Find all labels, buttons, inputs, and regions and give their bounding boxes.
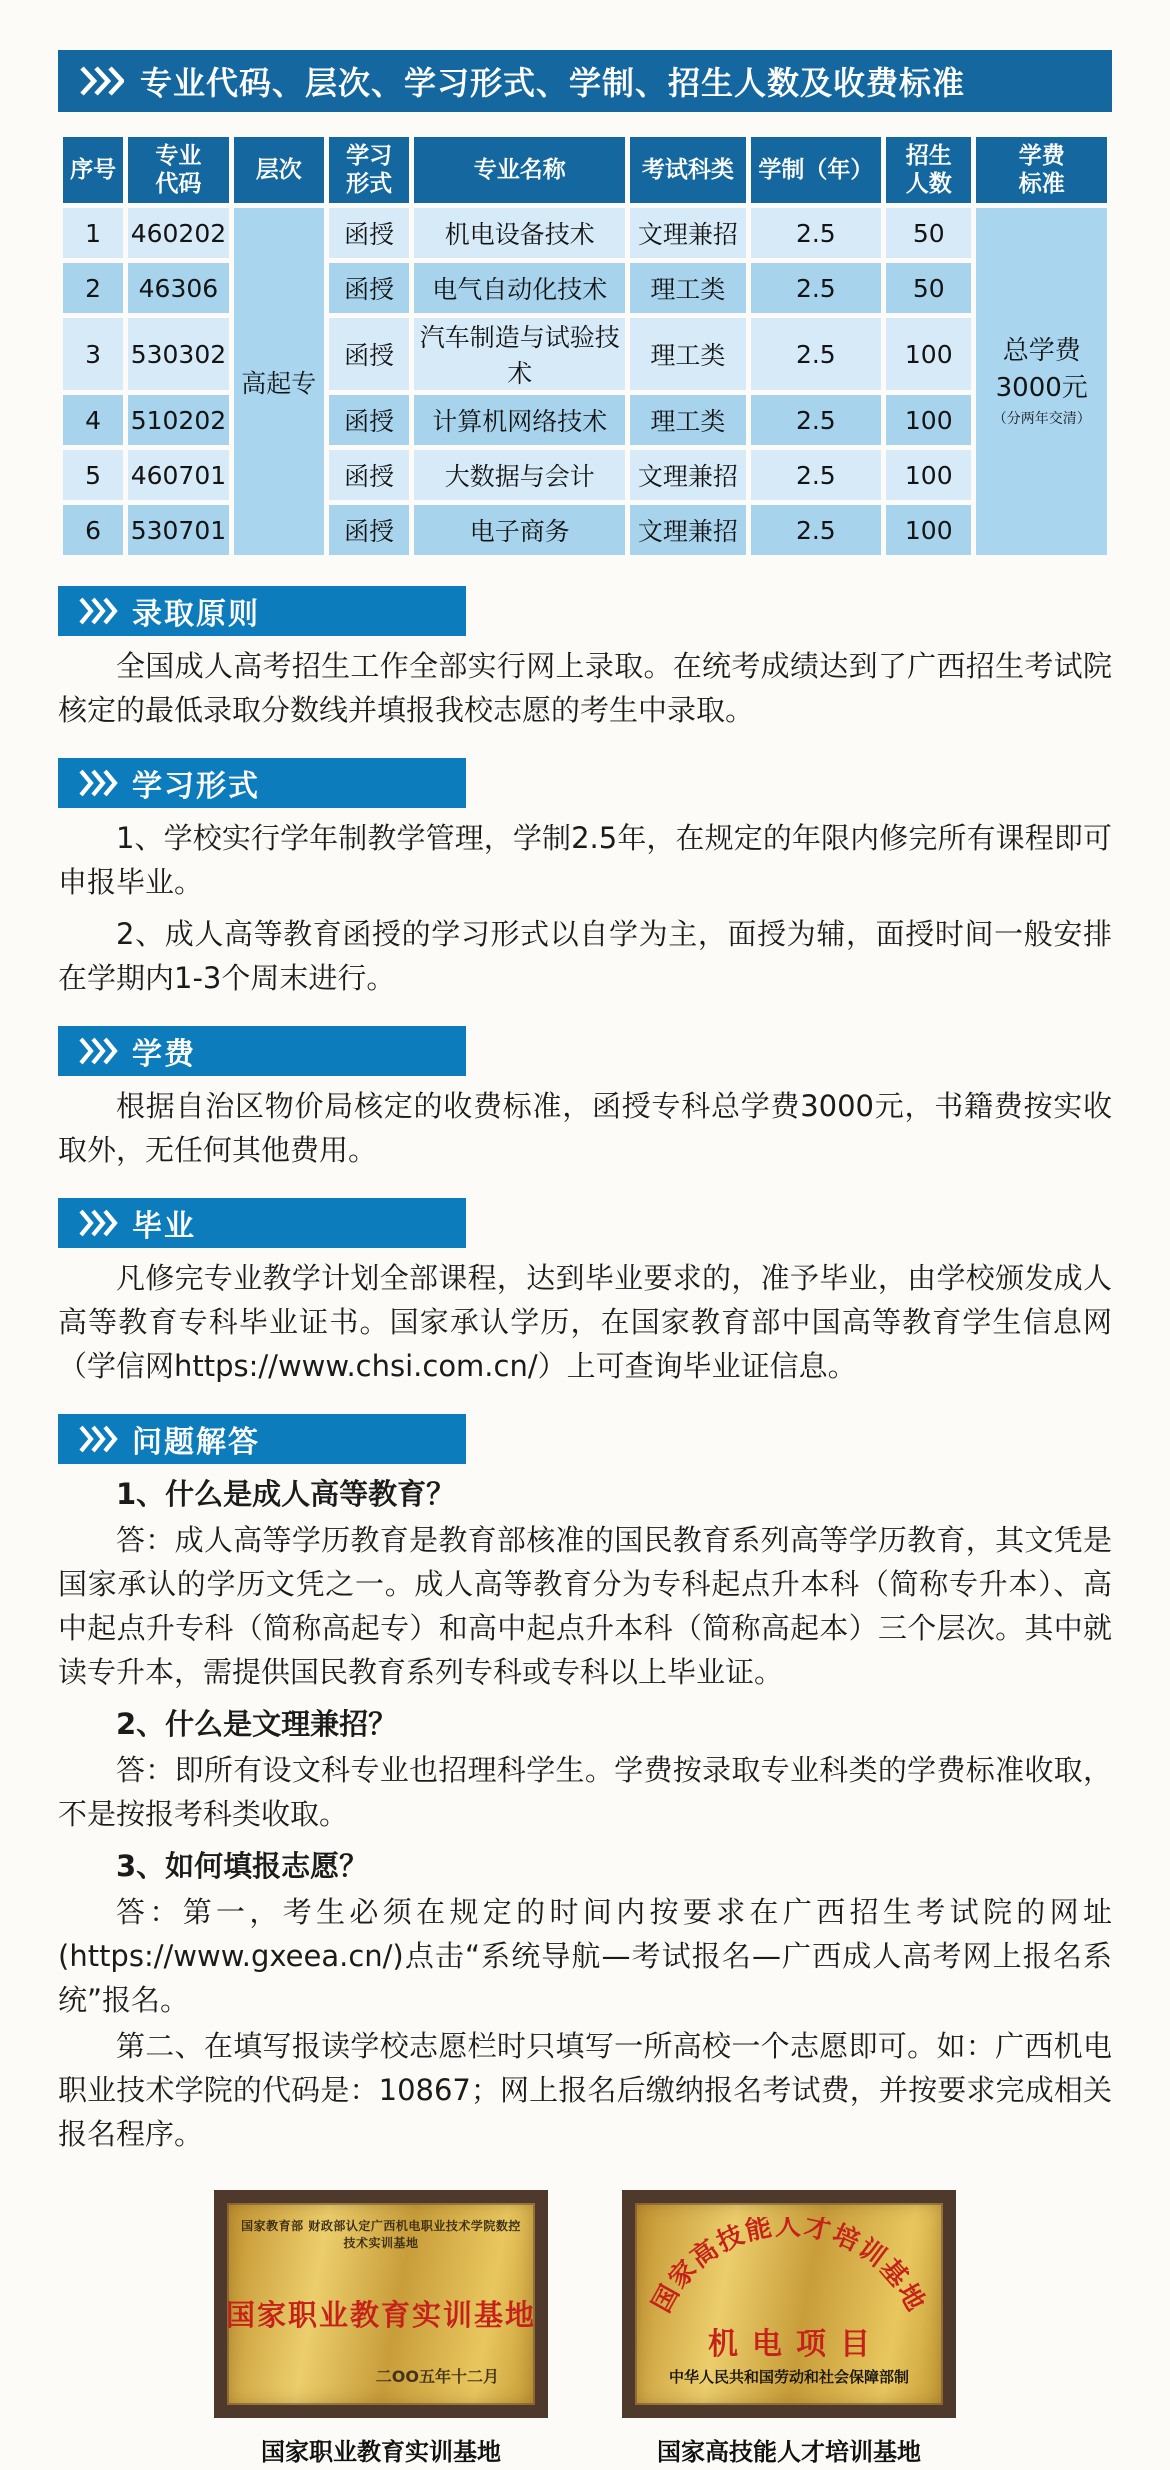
tuition-line-2: 3000元 [976, 370, 1107, 408]
cell-quota: 100 [886, 505, 971, 555]
column-header-code: 专业 代码 [128, 137, 228, 203]
tuition-line-3: （分两年交清） [976, 408, 1107, 430]
cell-no: 2 [63, 263, 123, 313]
cell-major: 计算机网络技术 [414, 395, 625, 445]
table-row: 5460701函授大数据与会计文理兼招2.5100 [63, 450, 1107, 500]
section-title: 录取原则 [132, 589, 260, 633]
qa-answer: 答：成人高等学历教育是教育部核准的国民教育系列高等学历教育，其文凭是国家承认的学… [58, 1518, 1112, 1694]
cell-no: 1 [63, 208, 123, 258]
section-admission: 录取原则 全国成人高考招生工作全部实行网上录取。在统考成绩达到了广西招生考试院核… [58, 586, 1112, 732]
cell-years: 2.5 [751, 263, 882, 313]
cell-form: 函授 [329, 318, 409, 390]
table-row: 4510202函授计算机网络技术理工类2.5100 [63, 395, 1107, 445]
cell-tuition-span: 总学费3000元（分两年交清） [976, 208, 1107, 555]
plaque-right-caption: 国家高技能人才培训基地 [657, 2432, 921, 2467]
cell-form: 函授 [329, 450, 409, 500]
paragraph: 1、学校实行学年制教学管理，学制2.5年，在规定的年限内修完所有课程即可申报毕业… [58, 816, 1112, 904]
paragraph: 2、成人高等教育函授的学习形式以自学为主，面授为辅，面授时间一般安排在学期内1-… [58, 912, 1112, 1000]
section-bar-tuition: 学费 [58, 1026, 466, 1076]
cell-category: 文理兼招 [630, 450, 745, 500]
column-header-major: 专业名称 [414, 137, 625, 203]
qa-question: 1、什么是成人高等教育？ [58, 1472, 1112, 1516]
cell-quota: 50 [886, 208, 971, 258]
column-header-form: 学习 形式 [329, 137, 409, 203]
section-bar-study-form: 学习形式 [58, 758, 466, 808]
section-title: 学费 [132, 1029, 196, 1073]
table-row: 1460202高起专函授机电设备技术文理兼招2.550总学费3000元（分两年交… [63, 208, 1107, 258]
plaque-right-bottom-text: 中华人民共和国劳动和社会保障部制 [669, 2366, 909, 2387]
cell-form: 函授 [329, 263, 409, 313]
cell-code: 530302 [128, 318, 228, 390]
cell-code: 46306 [128, 263, 228, 313]
cell-code: 460202 [128, 208, 228, 258]
paragraph: 全国成人高考招生工作全部实行网上录取。在统考成绩达到了广西招生考试院核定的最低录… [58, 644, 1112, 732]
tuition-line-1: 总学费 [976, 333, 1107, 371]
cell-years: 2.5 [751, 208, 882, 258]
plaque-right-main-text: 机电项目 [694, 2319, 884, 2363]
column-header-no: 序号 [63, 137, 123, 203]
table-row: 3530302函授汽车制造与试验技术理工类2.5100 [63, 318, 1107, 390]
section-qa: 问题解答 1、什么是成人高等教育？答：成人高等学历教育是教育部核准的国民教育系列… [58, 1414, 1112, 2156]
table-row: 6530701函授电子商务文理兼招2.5100 [63, 505, 1107, 555]
qa-items: 1、什么是成人高等教育？答：成人高等学历教育是教育部核准的国民教育系列高等学历教… [58, 1472, 1112, 2156]
plaque-left-date: 二OO五年十二月 [376, 2364, 499, 2387]
cell-level-span: 高起专 [234, 208, 324, 555]
cell-years: 2.5 [751, 395, 882, 445]
cell-code: 460701 [128, 450, 228, 500]
cell-quota: 50 [886, 263, 971, 313]
plaque-right-arc-text: 国家高技能人才培训基地 [639, 2217, 939, 2325]
cell-category: 文理兼招 [630, 505, 745, 555]
section-bar-qa: 问题解答 [58, 1414, 466, 1464]
table-header-row: 序号 专业 代码 层次 学习 形式 专业名称 考试科类 学制（年） 招生 人数 … [63, 137, 1107, 203]
cell-major: 电子商务 [414, 505, 625, 555]
qa-answer: 第二、在填写报读学校志愿栏时只填写一所高校一个志愿即可。如：广西机电职业技术学院… [58, 2024, 1112, 2156]
qa-answer: 答：第一，考生必须在规定的时间内按要求在广西招生考试院的网址(https://w… [58, 1890, 1112, 2022]
section-study-form: 学习形式 1、学校实行学年制教学管理，学制2.5年，在规定的年限内修完所有课程即… [58, 758, 1112, 1000]
section-bar-admission: 录取原则 [58, 586, 466, 636]
table-row: 246306函授电气自动化技术理工类2.550 [63, 263, 1107, 313]
cell-major: 汽车制造与试验技术 [414, 318, 625, 390]
cell-form: 函授 [329, 395, 409, 445]
cell-code: 510202 [128, 395, 228, 445]
page: 专业代码、层次、学习形式、学制、招生人数及收费标准 序号 专业 代码 层次 学习… [0, 0, 1170, 2467]
cell-major: 电气自动化技术 [414, 263, 625, 313]
section-tuition: 学费 根据自治区物价局核定的收费标准，函授专科总学费3000元，书籍费按实收取外… [58, 1026, 1112, 1172]
column-header-tuition: 学费 标准 [976, 137, 1107, 203]
cell-category: 理工类 [630, 395, 745, 445]
cell-form: 函授 [329, 208, 409, 258]
cell-no: 5 [63, 450, 123, 500]
qa-question: 2、什么是文理兼招？ [58, 1702, 1112, 1746]
cell-major: 机电设备技术 [414, 208, 625, 258]
cell-category: 理工类 [630, 263, 745, 313]
cell-years: 2.5 [751, 505, 882, 555]
triple-chevron-icon [78, 1037, 118, 1065]
plaque-left-top-text: 国家教育部 财政部认定广西机电职业技术学院数控技术实训基地 [237, 2217, 525, 2251]
cell-quota: 100 [886, 318, 971, 390]
plaque-left-image: 国家教育部 财政部认定广西机电职业技术学院数控技术实训基地 国家职业教育实训基地… [214, 2190, 548, 2418]
plaque-left-block: 国家教育部 财政部认定广西机电职业技术学院数控技术实训基地 国家职业教育实训基地… [214, 2190, 548, 2467]
qa-answer: 答：即所有设文科专业也招理科学生。学费按录取专业科类的学费标准收取，不是按报考科… [58, 1748, 1112, 1836]
section-graduation: 毕业 凡修完专业教学计划全部课程，达到毕业要求的，准予毕业，由学校颁发成人高等教… [58, 1198, 1112, 1388]
triple-chevron-icon [78, 1209, 118, 1237]
cell-years: 2.5 [751, 450, 882, 500]
cell-no: 3 [63, 318, 123, 390]
column-header-level: 层次 [234, 137, 324, 203]
page-title: 专业代码、层次、学习形式、学制、招生人数及收费标准 [140, 58, 965, 104]
qa-question: 3、如何填报志愿？ [58, 1844, 1112, 1888]
cell-form: 函授 [329, 505, 409, 555]
plaque-right-image: 国家高技能人才培训基地 机电项目 中华人民共和国劳动和社会保障部制 [622, 2190, 956, 2418]
section-title: 学习形式 [132, 761, 260, 805]
section-title: 问题解答 [132, 1417, 260, 1461]
cell-quota: 100 [886, 395, 971, 445]
cell-quota: 100 [886, 450, 971, 500]
cell-code: 530701 [128, 505, 228, 555]
paragraph: 凡修完专业教学计划全部课程，达到毕业要求的，准予毕业，由学校颁发成人高等教育专科… [58, 1256, 1112, 1388]
paragraph: 根据自治区物价局核定的收费标准，函授专科总学费3000元，书籍费按实收取外，无任… [58, 1084, 1112, 1172]
triple-chevron-icon [78, 769, 118, 797]
plaque-left-caption: 国家职业教育实训基地 [261, 2432, 501, 2467]
enrollment-table: 序号 专业 代码 层次 学习 形式 专业名称 考试科类 学制（年） 招生 人数 … [58, 132, 1112, 560]
cell-category: 文理兼招 [630, 208, 745, 258]
cell-category: 理工类 [630, 318, 745, 390]
section-title: 毕业 [132, 1201, 196, 1245]
cell-years: 2.5 [751, 318, 882, 390]
triple-chevron-icon [78, 1425, 118, 1453]
triple-chevron-icon [78, 597, 118, 625]
column-header-category: 考试科类 [630, 137, 745, 203]
plaque-left-main-text: 国家职业教育实训基地 [226, 2293, 536, 2334]
main-title-bar: 专业代码、层次、学习形式、学制、招生人数及收费标准 [58, 50, 1112, 112]
section-bar-graduation: 毕业 [58, 1198, 466, 1248]
cell-no: 4 [63, 395, 123, 445]
triple-chevron-icon [78, 66, 124, 96]
cell-no: 6 [63, 505, 123, 555]
cell-major: 大数据与会计 [414, 450, 625, 500]
column-header-quota: 招生 人数 [886, 137, 971, 203]
plaque-gallery: 国家教育部 财政部认定广西机电职业技术学院数控技术实训基地 国家职业教育实训基地… [58, 2190, 1112, 2467]
plaque-right-block: 国家高技能人才培训基地 机电项目 中华人民共和国劳动和社会保障部制 国家高技能人… [622, 2190, 956, 2467]
column-header-years: 学制（年） [751, 137, 882, 203]
svg-text:国家高技能人才培训基地: 国家高技能人才培训基地 [647, 2217, 931, 2318]
